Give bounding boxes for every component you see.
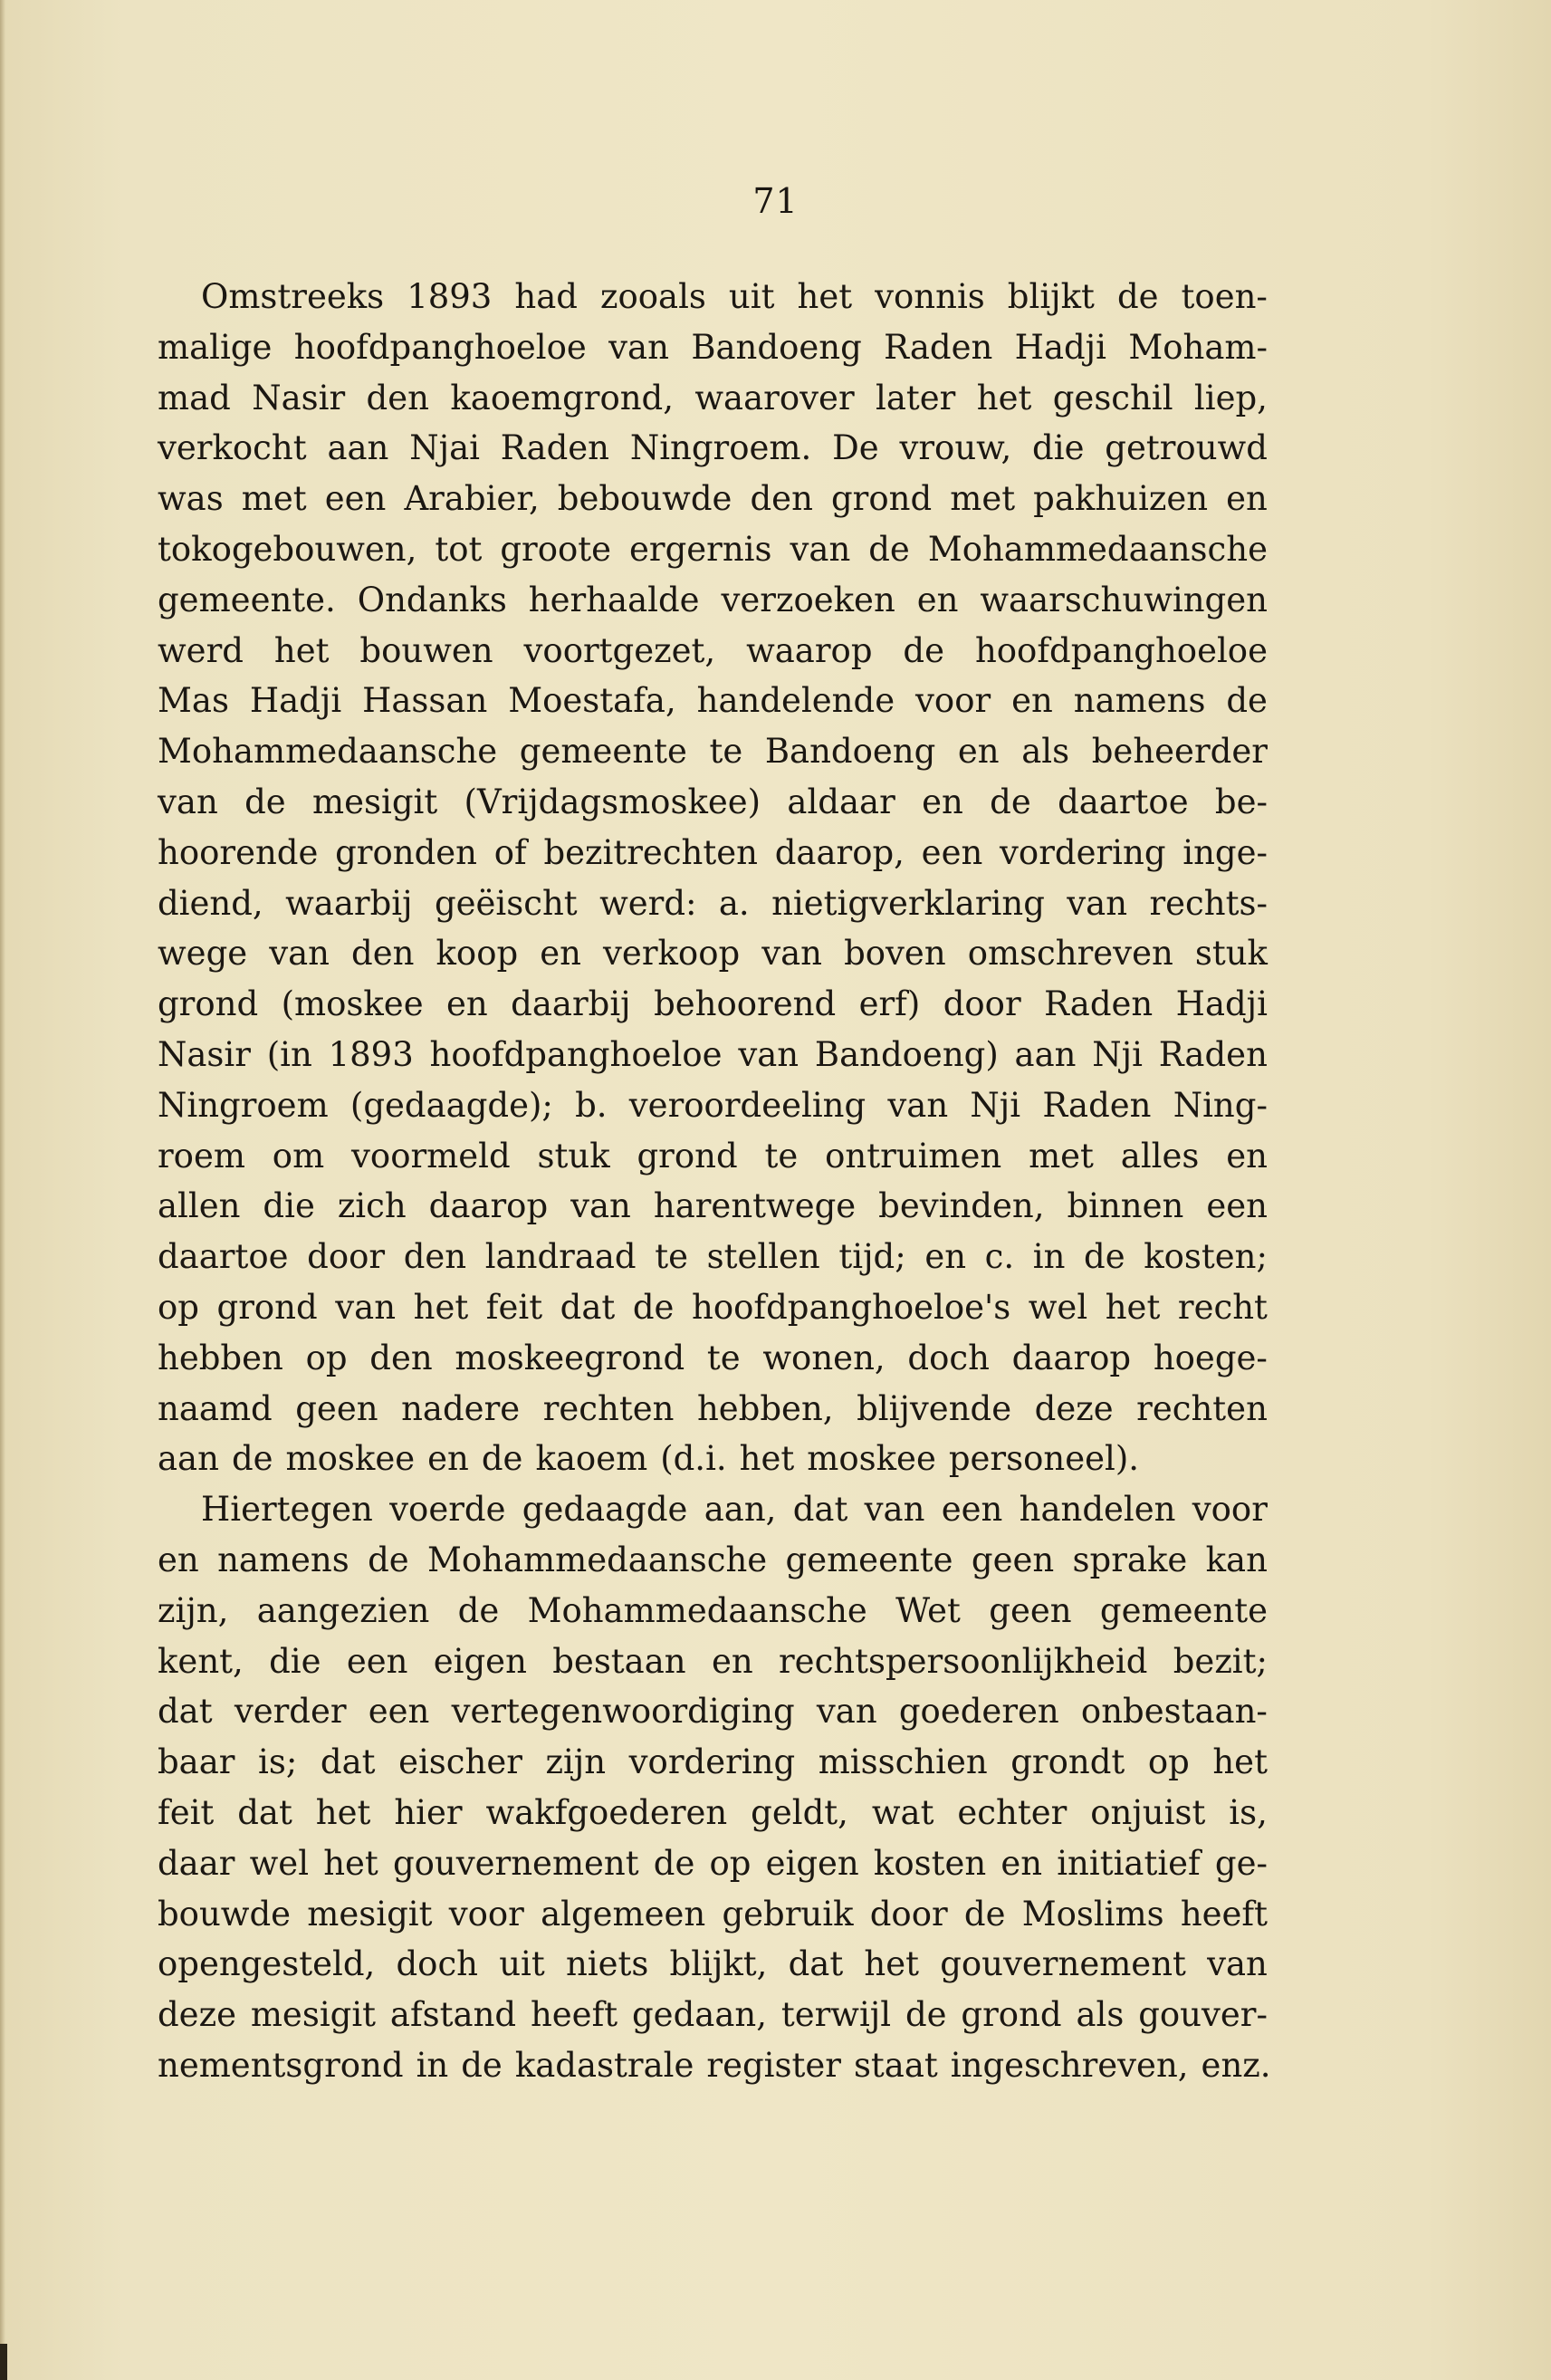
text-line: datverdereenvertegenwoordigingvangoedere… [158, 1686, 1268, 1737]
text-line: feitdathethierwakfgoederengeldt,watechte… [158, 1788, 1268, 1838]
text-line: grond(moskeeendaarbijbehoorenderf)doorRa… [158, 979, 1268, 1030]
text-line: Omstreeks1893hadzooalsuithetvonnisblijkt… [158, 272, 1268, 322]
text-line: daartoedoordenlandraadtestellentijd;enc.… [158, 1232, 1268, 1282]
text-line: hoorendegrondenofbezitrechtendaarop,eenv… [158, 828, 1268, 878]
text-line: maligehoofdpanghoeloevanBandoengRadenHad… [158, 322, 1268, 373]
text-line: wasmeteenArabier,bebouwdedengrondmetpakh… [158, 474, 1268, 524]
text-line: kent,dieeeneigenbestaanenrechtspersoonli… [158, 1636, 1268, 1687]
text-line: Nasir(in1893hoofdpanghoeloevanBandoeng)a… [158, 1030, 1268, 1080]
text-line: gemeente.Ondanksherhaaldeverzoekenenwaar… [158, 575, 1268, 626]
text-line: bouwdemesigitvooralgemeengebruikdoordeMo… [158, 1889, 1268, 1940]
text-line: diend,waarbijgeëischtwerd:a.nietigverkla… [158, 878, 1268, 929]
text-line: wegevandenkoopenverkoopvanbovenomschreve… [158, 928, 1268, 979]
page-number: 71 [0, 181, 1551, 221]
page-edge [0, 0, 5, 2380]
text-line: vandemesigit(Vrijdagsmoskee)aldaarendeda… [158, 777, 1268, 828]
text-line: baaris;dateischerzijnvorderingmisschieng… [158, 1737, 1268, 1788]
text-line: MohammedaanschegemeenteteBandoengenalsbe… [158, 726, 1268, 777]
text-line: daarwelhetgouvernementdeopeigenkosteneni… [158, 1838, 1268, 1889]
scan-corner-mark [0, 2344, 7, 2380]
paragraph: Hiertegenvoerdegedaagdeaan,datvaneenhand… [158, 1484, 1268, 2091]
text-line: dezemesigitafstandheeftgedaan,terwijldeg… [158, 1990, 1268, 2040]
text-line: tokogebouwen,totgrooteergernisvandeMoham… [158, 524, 1268, 575]
text-line: ennamensdeMohammedaanschegemeentegeenspr… [158, 1535, 1268, 1586]
text-line: roemomvoormeldstukgrondteontruimenmetall… [158, 1131, 1268, 1182]
text-line: aandemoskeeendekaoem(d.i.hetmoskeeperson… [158, 1434, 1268, 1484]
text-line: opgrondvanhetfeitdatdehoofdpanghoeloe'sw… [158, 1282, 1268, 1333]
text-line: hebbenopdenmoskeegrondtewonen,dochdaarop… [158, 1333, 1268, 1384]
text-line: MasHadjiHassanMoestafa,handelendevoorenn… [158, 676, 1268, 726]
body-text: Omstreeks1893hadzooalsuithetvonnisblijkt… [158, 272, 1268, 2091]
text-line: werdhetbouwenvoortgezet,waaropdehoofdpan… [158, 626, 1268, 677]
text-line: Ningroem(gedaagde);b.veroordeelingvanNji… [158, 1080, 1268, 1131]
paragraph: Omstreeks1893hadzooalsuithetvonnisblijkt… [158, 272, 1268, 1484]
text-line: naamdgeennadererechtenhebben,blijvendede… [158, 1384, 1268, 1435]
text-line: Hiertegenvoerdegedaagdeaan,datvaneenhand… [158, 1484, 1268, 1535]
text-line: nementsgrondindekadastraleregisterstaati… [158, 2040, 1268, 2091]
text-line: verkochtaanNjaiRadenNingroem.Devrouw,die… [158, 423, 1268, 474]
text-line: madNasirdenkaoemgrond,waaroverlaterhetge… [158, 373, 1268, 424]
text-line: zijn,aangeziendeMohammedaanscheWetgeenge… [158, 1586, 1268, 1636]
text-line: allendiezichdaaropvanharentwegebevinden,… [158, 1181, 1268, 1232]
text-line: opengesteld,dochuitnietsblijkt,dathetgou… [158, 1939, 1268, 1990]
